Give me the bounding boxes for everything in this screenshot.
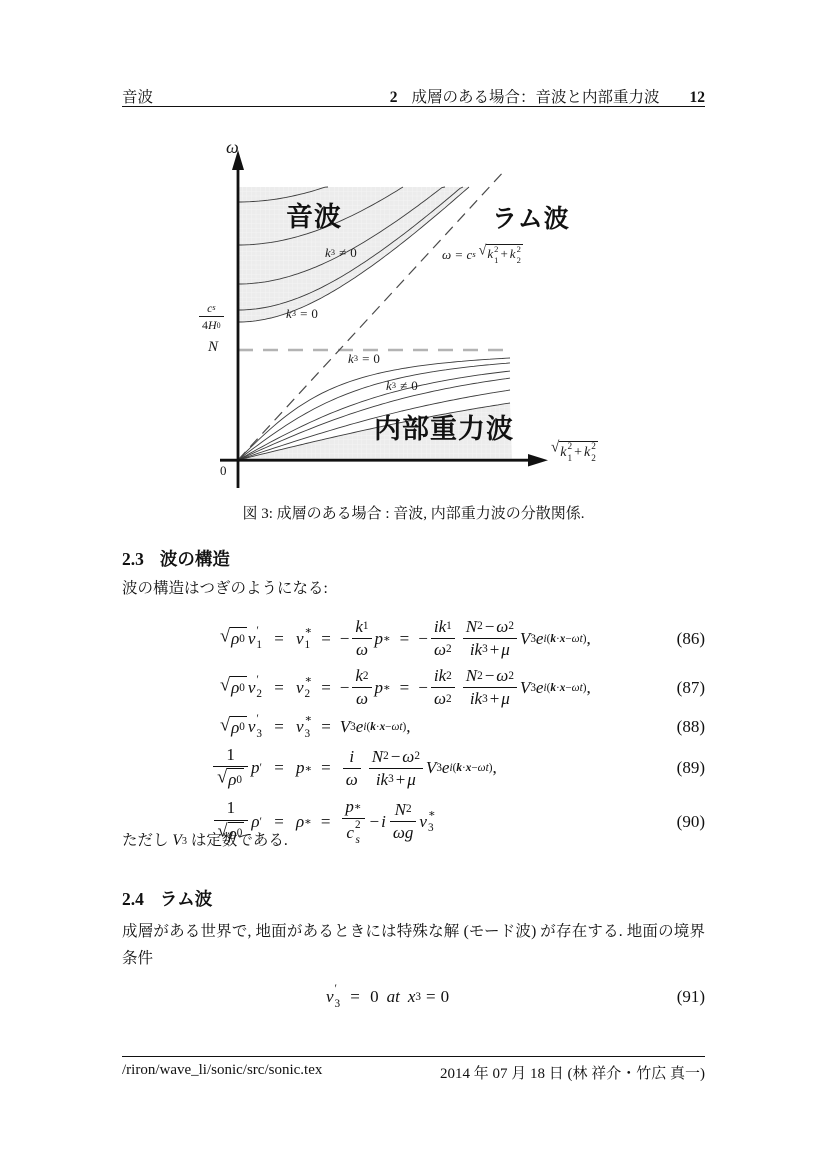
- equation-lhs: v′3: [326, 984, 340, 1010]
- text-after-v3: は定数である.: [187, 832, 288, 849]
- equation-equals-sign: =: [262, 717, 296, 737]
- equation-number: (91): [653, 987, 705, 1007]
- equation-row: √ρ0v′3 = v∗3=V3ei(k·x−ωt), (88): [122, 714, 705, 740]
- page-number: 12: [690, 89, 706, 107]
- section-heading-2-4: 2.4ラム波: [122, 886, 212, 911]
- inline-math-v3: V3: [172, 828, 187, 855]
- buoyancy-frequency-axis-label: N: [208, 340, 218, 355]
- equation-rhs: p∗=iωN2−ω2ik3+μV3ei(k·x−ωt),: [296, 746, 653, 791]
- equation-rhs: v∗3=V3ei(k·x−ωt),: [296, 714, 653, 740]
- omega-axis-label: ω: [226, 138, 239, 156]
- equation-lhs: √ρ0v′1: [219, 626, 262, 652]
- cs-over-4h0-axis-label: cs4H0: [196, 300, 227, 333]
- paragraph-wave-structure-intro: 波の構造はつぎのようになる:: [122, 576, 705, 603]
- running-header-section-number: 2: [390, 89, 398, 107]
- k3-nonzero-label-gravity: k3≠0: [386, 379, 418, 392]
- running-header: 音波 2 成層のある場合：音波と内部重力波 12: [122, 85, 705, 107]
- origin-label: 0: [220, 464, 227, 477]
- lamb-wave-label: ラム波: [492, 207, 570, 232]
- footer-file-path: /riron/wave_li/sonic/src/sonic.tex: [122, 1062, 322, 1083]
- k3-zero-label-gravity: k3=0: [348, 352, 380, 365]
- equation-block: √ρ0v′1 = v∗1=−k1ωp∗=−ik1ω2N2−ω2ik3+μV3ei…: [122, 612, 705, 851]
- equation-lhs: 1√ρ0p′: [210, 744, 262, 792]
- running-header-title: 成層のある場合：音波と内部重力波: [411, 85, 659, 107]
- equation-row: 1√ρ0p′ = p∗=iωN2−ω2ik3+μV3ei(k·x−ωt), (8…: [122, 744, 705, 792]
- section-title: 波の構造: [160, 549, 230, 569]
- equation-number: (88): [653, 717, 705, 737]
- document-page: 音波 2 成層のある場合：音波と内部重力波 12 ω 音波: [0, 0, 826, 1169]
- sound-wave-region-label: 音波: [286, 204, 342, 231]
- footer-date-authors: 2014 年 07 月 18 日 (林 祥介・竹広 真一): [440, 1062, 705, 1083]
- equation-equals-sign: =: [262, 629, 296, 649]
- x-axis-arrowhead: [528, 454, 548, 467]
- figure-caption: 図 3: 成層のある場合 : 音波, 内部重力波の分散関係.: [122, 502, 705, 523]
- equation-row: √ρ0v′1 = v∗1=−k1ωp∗=−ik1ω2N2−ω2ik3+μV3ei…: [122, 616, 705, 661]
- equation-lhs: √ρ0v′3: [219, 714, 262, 740]
- text-before-v3: ただし: [122, 832, 172, 849]
- page-footer: /riron/wave_li/sonic/src/sonic.tex 2014 …: [122, 1062, 705, 1083]
- footer-rule: [122, 1056, 705, 1057]
- figure-dispersion-diagram: ω 音波 ラム波 ω=cs√k21+k22 k3≠0 k3=0 k3=0 k3≠…: [150, 136, 620, 501]
- equation-equals-sign: =: [262, 758, 296, 778]
- equation-rhs: v∗1=−k1ωp∗=−ik1ω2N2−ω2ik3+μV3ei(k·x−ωt),: [296, 616, 653, 661]
- equation-number: (89): [653, 758, 705, 778]
- header-rule: [122, 106, 705, 107]
- k3-nonzero-label-acoustic: k3≠0: [325, 246, 357, 259]
- equation-equals-sign: =: [340, 987, 370, 1007]
- equation-number: (86): [653, 629, 705, 649]
- equation-rhs: v∗2=−k2ωp∗=−ik2ω2N2−ω2ik3+μV3ei(k·x−ωt),: [296, 665, 653, 710]
- lamb-line-equation-label: ω=cs√k21+k22: [442, 244, 524, 265]
- internal-gravity-wave-label: 内部重力波: [374, 416, 514, 443]
- paragraph-v3-constant: ただし V3 は定数である.: [122, 828, 705, 855]
- equation-lhs: √ρ0v′2: [219, 675, 262, 701]
- equation-rhs: 0atx3=0: [370, 987, 449, 1007]
- equation-row-91: v′3 = 0atx3=0 (91): [122, 984, 705, 1010]
- running-header-left: 音波: [122, 85, 153, 107]
- paragraph-lamb-wave: 成層がある世界で, 地面があるときには特殊な解 (モード波) が存在する. 地面…: [122, 919, 705, 972]
- x-axis-label: √k21+k22: [550, 441, 599, 463]
- section-number: 2.4: [122, 889, 144, 909]
- section-title: ラム波: [160, 889, 212, 909]
- running-header-right: 2 成層のある場合：音波と内部重力波 12: [390, 85, 705, 107]
- equation-equals-sign: =: [262, 678, 296, 698]
- section-number: 2.3: [122, 549, 144, 569]
- equation-number: (87): [653, 678, 705, 698]
- k3-zero-label-acoustic: k3=0: [286, 307, 318, 320]
- equation-row: √ρ0v′2 = v∗2=−k2ωp∗=−ik2ω2N2−ω2ik3+μV3ei…: [122, 665, 705, 710]
- section-heading-2-3: 2.3波の構造: [122, 546, 230, 571]
